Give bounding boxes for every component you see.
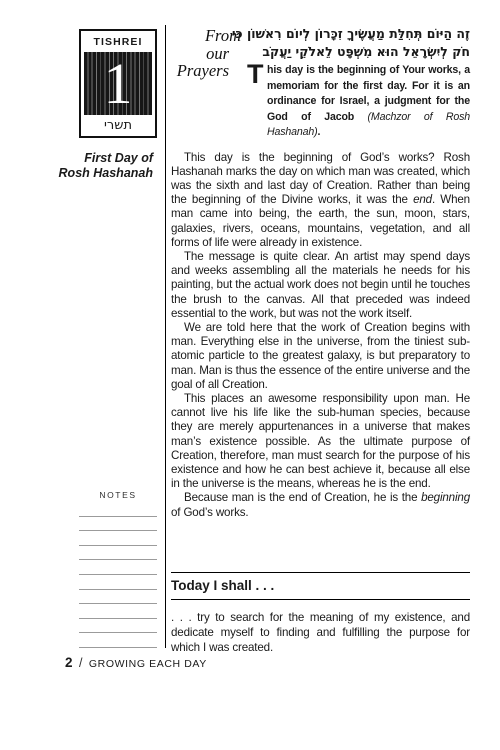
commentary-body: This day is the beginning of God’s works… <box>171 151 470 520</box>
prayer-quote-block: זֶה הַיּוֹם תְּחִלַּת מַעֲשֶׂיךָ זִכָּרו… <box>229 25 470 141</box>
book-title: GROWING EACH DAY <box>89 658 207 670</box>
prayer-quote-english: This day is the beginning of Your works,… <box>247 63 470 141</box>
hebrew-quote: זֶה הַיּוֹם תְּחִלַּת מַעֲשֶׂיךָ זִכָּרו… <box>213 25 470 60</box>
day-number: 1 <box>104 56 133 112</box>
dropcap-letter: T <box>247 63 267 86</box>
hebrew-line: חֹק לְיִשְׂרָאֵל הוּא מִשְׁפָּט לֵאלֹקֵי… <box>213 43 470 61</box>
footer-separator: / <box>77 656 84 670</box>
prayer-header: From our Prayers זֶה הַיּוֹם תְּחִלַּת מ… <box>171 25 470 141</box>
month-hebrew-label: תשרי <box>84 115 152 134</box>
notes-lines <box>30 502 157 648</box>
content-columns: TISHREI 1 תשרי First Day of Rosh Hashana… <box>30 25 470 648</box>
month-label: TISHREI <box>84 34 152 52</box>
calendar-box: TISHREI 1 תשרי <box>79 29 157 138</box>
note-line <box>79 531 157 546</box>
note-line <box>79 517 157 532</box>
body-paragraph: This day is the beginning of God’s works… <box>171 151 470 250</box>
book-page: TISHREI 1 תשרי First Day of Rosh Hashana… <box>0 0 500 750</box>
today-i-shall-section: Today I shall . . . . . . try to search … <box>171 572 470 656</box>
day-number-block: 1 <box>84 52 152 115</box>
day-title: First Day of Rosh Hashanah <box>30 151 157 181</box>
note-line <box>79 560 157 575</box>
sidebar: TISHREI 1 תשרי First Day of Rosh Hashana… <box>30 25 166 648</box>
kicker-line: Prayers <box>171 62 229 80</box>
note-line <box>79 590 157 605</box>
page-footer: 2 / GROWING EACH DAY <box>65 654 207 672</box>
note-line <box>79 546 157 561</box>
today-i-shall-heading: Today I shall . . . <box>171 572 470 600</box>
note-line <box>79 633 157 648</box>
body-paragraph: We are told here that the work of Creati… <box>171 321 470 392</box>
note-line <box>79 604 157 619</box>
day-title-line: First Day of <box>30 151 153 166</box>
body-paragraph: This places an awesome responsibility up… <box>171 392 470 491</box>
body-paragraph: The message is quite clear. An artist ma… <box>171 250 470 321</box>
hebrew-line: זֶה הַיּוֹם תְּחִלַּת מַעֲשֶׂיךָ זִכָּרו… <box>213 25 470 43</box>
note-line <box>79 619 157 634</box>
note-line <box>79 502 157 517</box>
body-paragraph: Because man is the end of Creation, he i… <box>171 491 470 519</box>
today-i-shall-text: . . . try to search for the meaning of m… <box>171 610 470 656</box>
notes-label: NOTES <box>79 490 157 500</box>
main-column: From our Prayers זֶה הַיּוֹם תְּחִלַּת מ… <box>166 25 470 648</box>
note-line <box>79 575 157 590</box>
notes-section: NOTES <box>30 490 157 648</box>
page-number: 2 <box>65 655 73 670</box>
day-title-line: Rosh Hashanah <box>30 166 153 181</box>
prayer-quote-text: his day is the beginning of Your works, … <box>267 64 470 138</box>
